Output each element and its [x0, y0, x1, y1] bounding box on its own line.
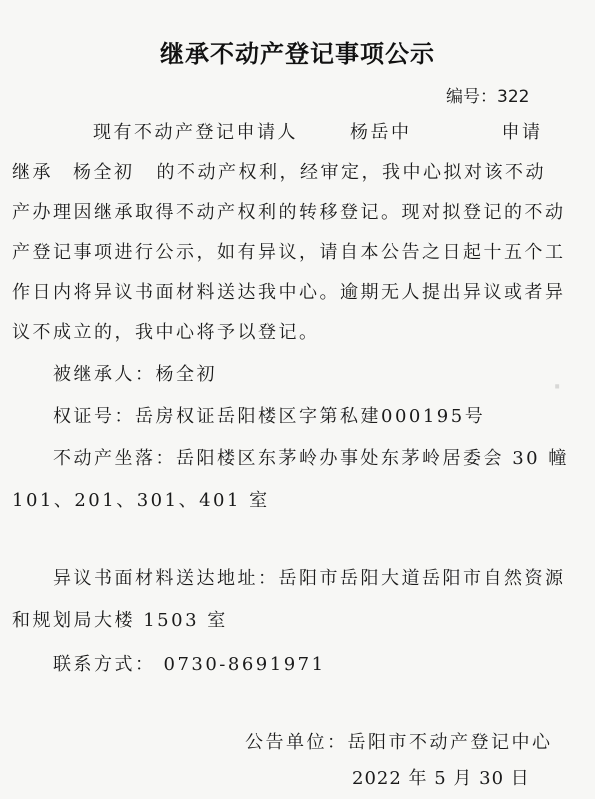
address-field-line-2: 和规划局大楼 1503 室 — [12, 606, 228, 632]
intro-line-4: 产登记事项进行公示，如有异议，请自本公告之日起十五个工 — [12, 238, 566, 264]
document-number-label: 编号： — [446, 87, 497, 107]
inherit-word: 继承 — [12, 162, 53, 183]
contact-phone: 0730-8691971 — [164, 654, 326, 675]
notice-page: 继承不动产登记事项公示 编号：322 现有不动产登记申请人杨岳中申请 继承杨全初… — [0, 0, 595, 799]
issuer: 公告单位：岳阳市不动产登记中心 — [245, 728, 553, 754]
document-number-value: 322 — [497, 87, 529, 107]
apply-word: 申请 — [502, 122, 543, 143]
intro-line-5: 作日内将异议书面材料送达我中心。逾期无人提出异议或者异 — [12, 278, 566, 304]
intro-line-3: 产办理因继承取得不动产权利的转移登记。现对拟登记的不动 — [12, 198, 566, 224]
contact-field: 联系方式：0730-8691971 — [53, 650, 326, 676]
intro-line-6: 议不成立的，我中心将予以登记。 — [12, 318, 320, 344]
intro-line-1: 现有不动产登记申请人杨岳中申请 — [93, 118, 543, 144]
decedent-field: 被继承人：杨全初 — [53, 360, 217, 386]
location-field-line-2: 101、201、301、401 室 — [12, 486, 270, 512]
certificate-field: 权证号：岳房权证岳阳楼区字第私建000195号 — [53, 402, 485, 428]
contact-label: 联系方式： — [53, 654, 156, 675]
address-field-line-1: 异议书面材料送达地址：岳阳市岳阳大道岳阳市自然资源 — [53, 564, 566, 590]
intro-line-2-rest: 的不动产权利，经审定，我中心拟对该不动 — [157, 162, 547, 183]
intro-line-2: 继承杨全初的不动产权利，经审定，我中心拟对该不动 — [12, 158, 546, 184]
page-title: 继承不动产登记事项公示 — [0, 34, 595, 69]
bleed-through-mark: · — [553, 375, 561, 400]
decedent-name: 杨全初 — [73, 162, 135, 183]
issue-date: 2022 年 5 月 30 日 — [352, 764, 530, 790]
document-number: 编号：322 — [446, 82, 529, 107]
applicant-name: 杨岳中 — [350, 122, 412, 143]
location-field-line-1: 不动产坐落：岳阳楼区东茅岭办事处东茅岭居委会 30 幢 — [53, 444, 569, 470]
intro-prefix: 现有不动产登记申请人 — [93, 122, 298, 143]
